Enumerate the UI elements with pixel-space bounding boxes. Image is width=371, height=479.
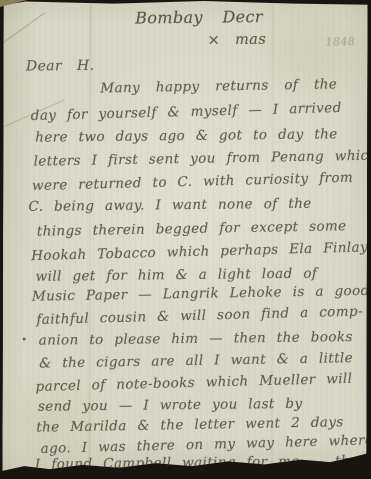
letter-line: will get for him & a light load of [36,266,318,285]
letter-line: Music Paper — Langrik Lehoke is a good [32,283,370,305]
letter-line: things therein begged for except some [37,218,347,239]
letter-salutation: Dear H. [26,58,95,75]
letter-line: faithful cousin & will soon find a comp- [36,303,363,328]
letter-line: here two days ago & got to day the [35,126,338,145]
letter-line: letters I first sent you from Penang whi… [33,148,371,170]
letter-date-line: × mas [207,32,266,49]
handwritten-text-layer: Bombay Decr × mas 1848 Dear H. Many happ… [0,0,371,479]
letter-line: I found Campbell waiting for me — they [35,453,367,473]
margin-ink-dot [23,338,26,341]
scan-background: Bombay Decr × mas 1848 Dear H. Many happ… [0,0,371,479]
letter-line: Many happy returns of the [100,76,337,96]
letter-paper: Bombay Decr × mas 1848 Dear H. Many happ… [2,0,367,479]
letter-line: day for yourself & myself — I arrived [31,100,342,124]
letter-line: parcel of note-books which Mueller will [35,371,352,395]
letter-place-line: Bombay Decr [135,7,263,27]
letter-line: send you — I wrote you last by [38,396,303,415]
letter-line: & the cigars are all I want & a little [39,350,353,371]
letter-line: were returned to C. with curiosity from [32,170,354,194]
letter-line: anion to please him — then the books [39,329,353,349]
letter-line: C. being away. I want none of the [28,196,311,215]
letter-line: the Marilda & the letter went 2 days [36,414,344,435]
letter-line: Hookah Tobacco which perhaps Ela Finlay [31,239,368,264]
letter-faint-year: 1848 [325,35,355,49]
